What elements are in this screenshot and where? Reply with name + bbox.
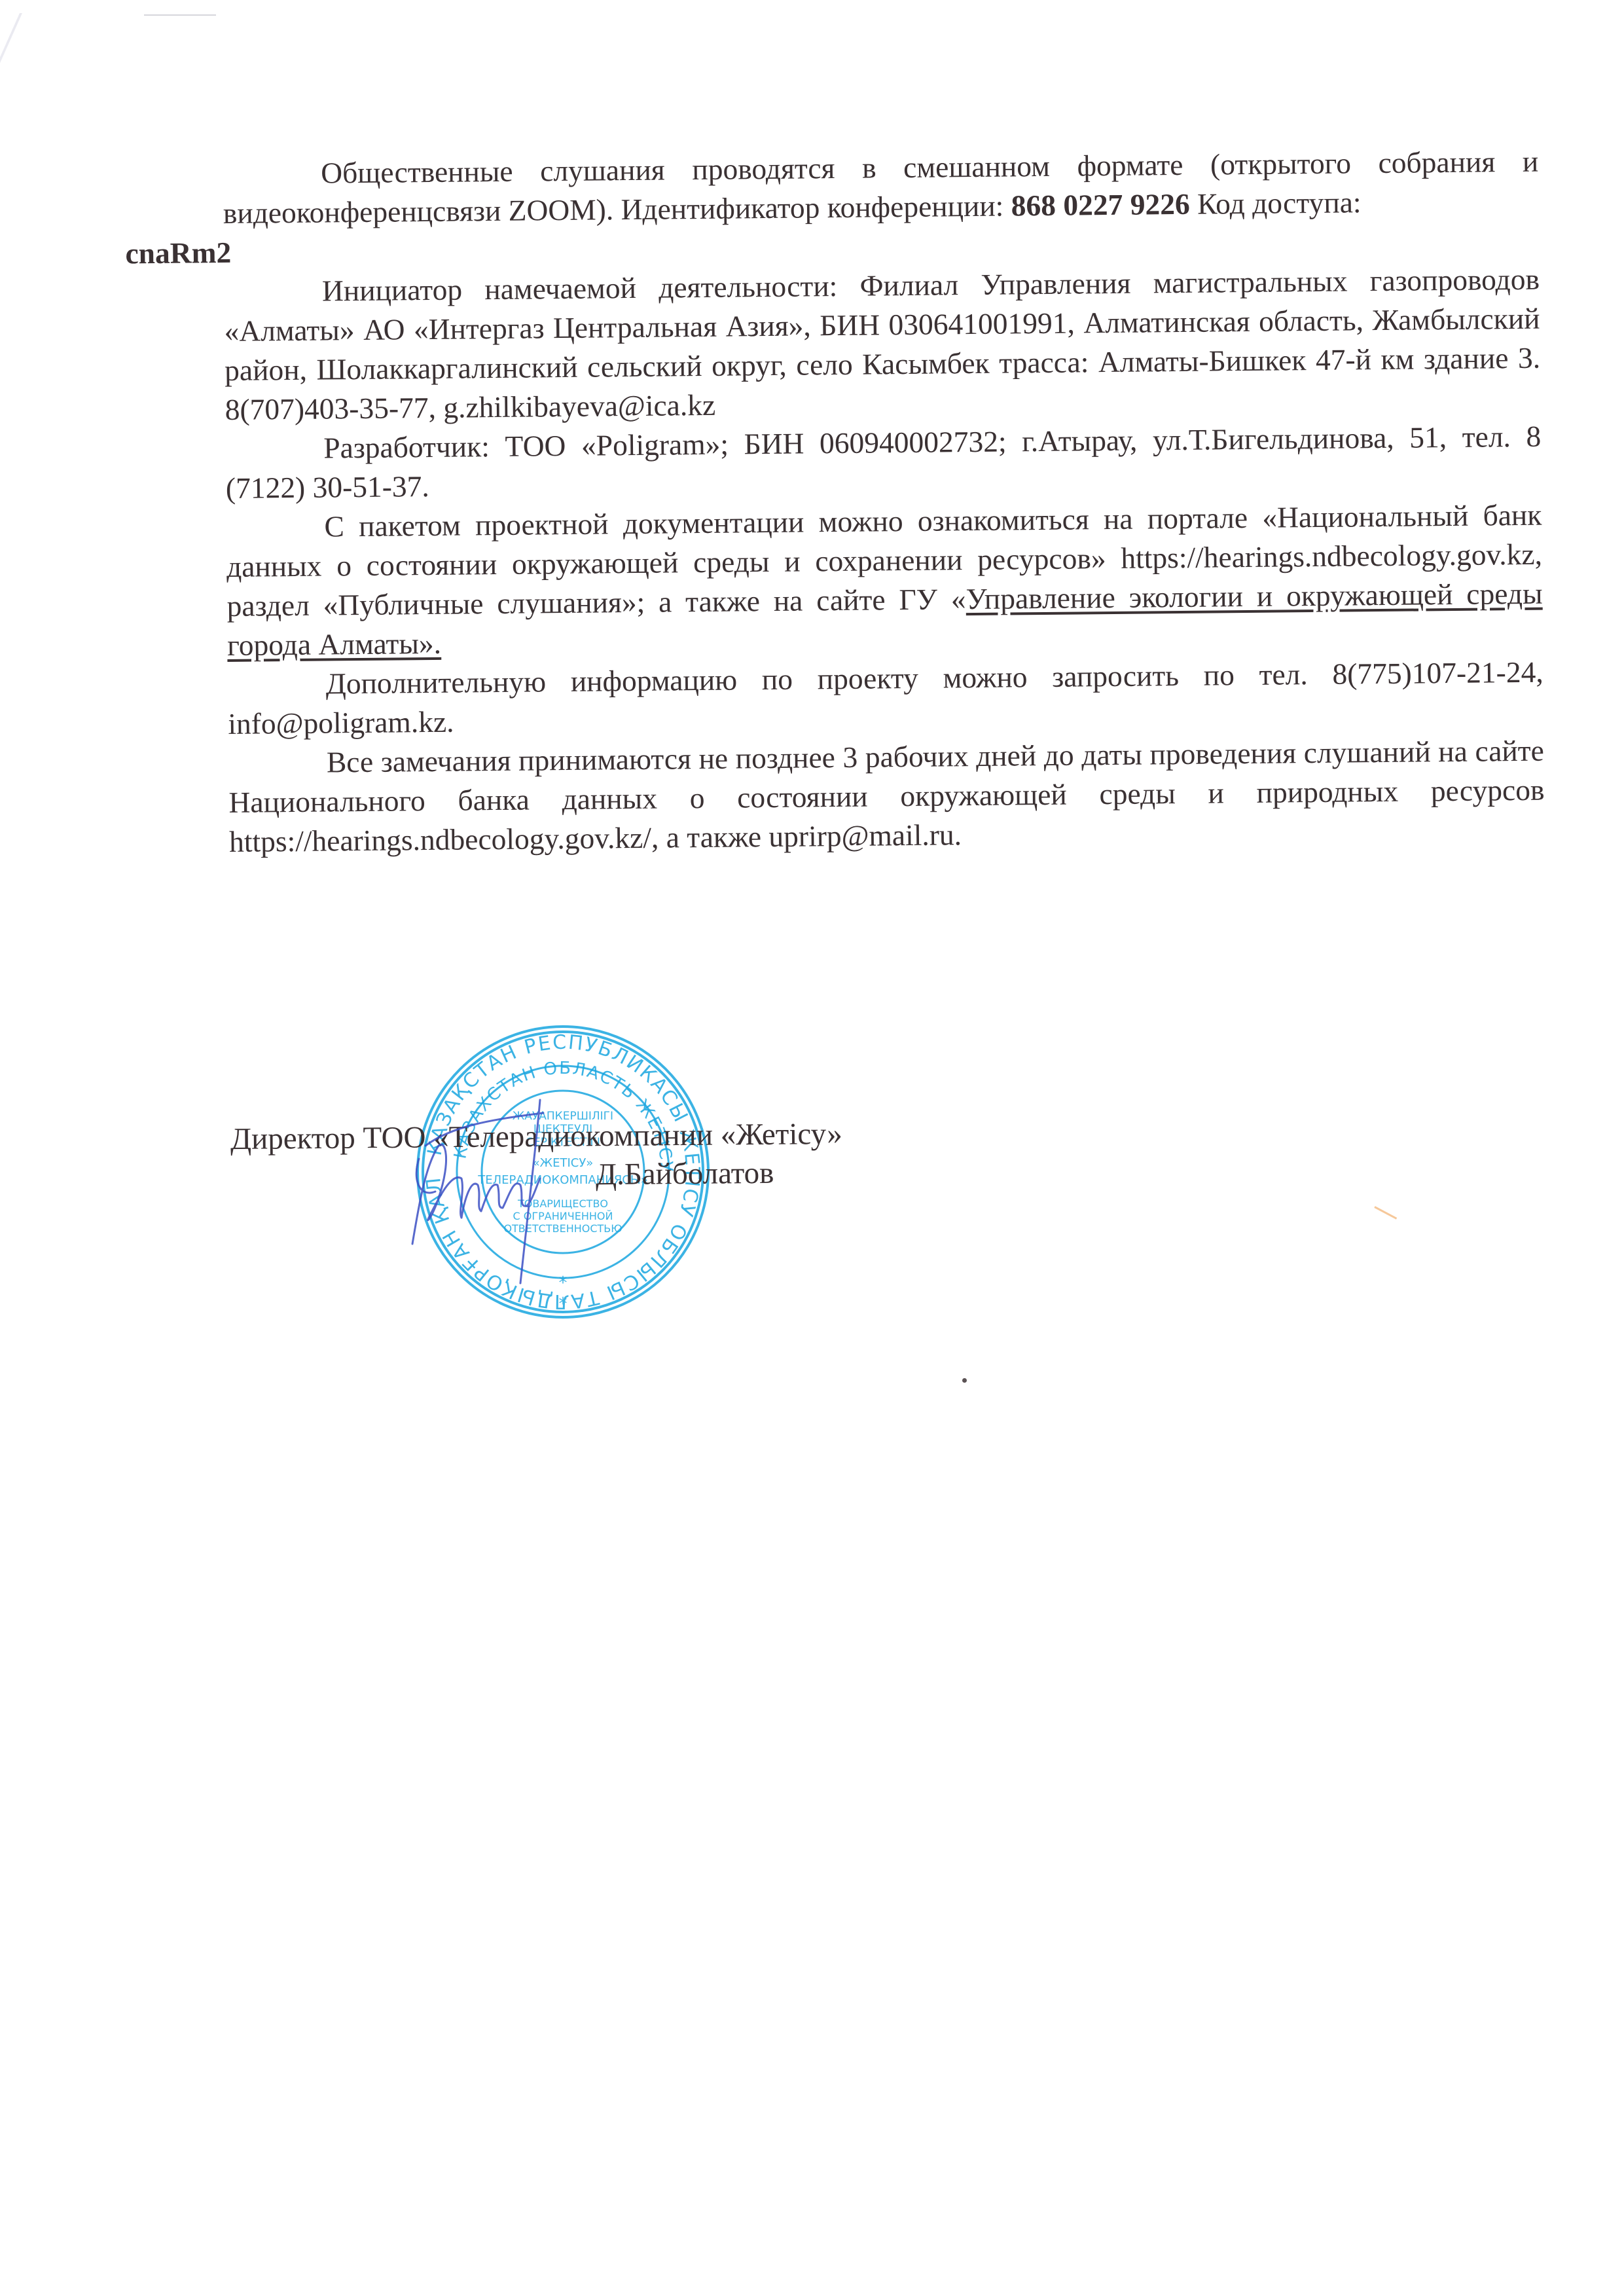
paragraph-comments: Все замечания принимаются не позднее 3 р… <box>228 731 1545 862</box>
paragraph-documentation: С пакетом проектной документации можно о… <box>226 496 1543 665</box>
document-body: Общественные слушания проводятся в смеша… <box>223 142 1545 862</box>
paragraph-hearing-format: Общественные слушания проводятся в смеша… <box>223 142 1540 272</box>
scan-mark <box>1374 1206 1397 1219</box>
scan-speck <box>962 1378 967 1383</box>
text-segment: Все замечания принимаются не позднее 3 р… <box>228 734 1544 858</box>
text-segment: Дополнительную информацию по проекту мож… <box>228 655 1543 740</box>
signature-icon <box>399 1087 596 1290</box>
access-code: cnaRm2 <box>125 236 231 270</box>
text-segment: Код доступа: <box>1189 185 1361 221</box>
text-segment: Инициатор намечаемой деятельности: Филиа… <box>224 263 1540 426</box>
text-segment: Разработчик: ТОО «Poligram»; БИН 0609400… <box>226 420 1542 505</box>
paragraph-additional-info: Дополнительную информацию по проекту мож… <box>227 653 1543 744</box>
scan-top-shadow <box>144 14 216 16</box>
scan-page-edge <box>0 13 22 288</box>
handwritten-signature <box>399 1087 596 1290</box>
paragraph-developer: Разработчик: ТОО «Poligram»; БИН 0609400… <box>225 417 1542 508</box>
svg-text:*: * <box>559 1294 568 1314</box>
conference-id: 868 0227 9226 <box>1011 187 1189 223</box>
paragraph-initiator: Инициатор намечаемой деятельности: Филиа… <box>224 260 1541 429</box>
